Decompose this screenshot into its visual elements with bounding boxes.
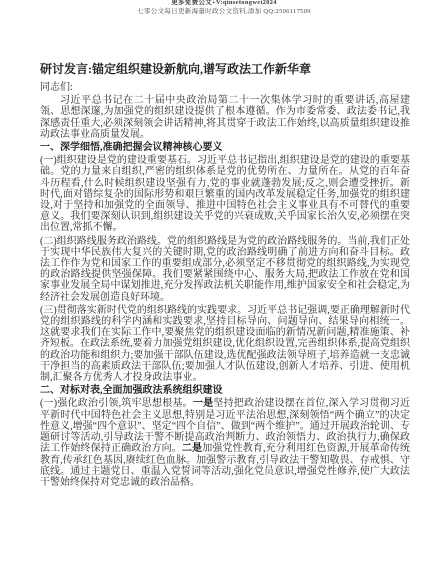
bold-lead-in: 一是 <box>193 398 213 409</box>
section-heading: 二、对标对表,全面加强政法系统组织建设 <box>40 385 410 396</box>
paragraph: 习近平总书记在二十届中央政治局第二十一次集体学习时的重要讲话,高屋建瓴、思想深邃… <box>40 95 410 140</box>
promo-header: 更多免费公文+V:qinsetongwei2024 七零公文每日更新海量时政公文… <box>0 0 448 16</box>
text-run: (二)组织路线服务政治路线。党的组织路线是为党的政治路线服务的。当前,我们正处于… <box>40 236 410 303</box>
document-content: 研讨发言:锚定组织建设新航向,谱写政法工作新华章 同志们:习近平总书记在二十届中… <box>40 62 410 488</box>
document-page: 更多免费公文+V:qinsetongwei2024 七零公文每日更新海量时政公文… <box>0 0 448 580</box>
text-run: 二、对标对表,全面加强政法系统组织建设 <box>40 385 223 396</box>
paragraph: (一)组织建设是党的建设重要基石。习近平总书记指出,组织建设是党的建设的重要基础… <box>40 155 410 233</box>
section-heading: 一、深学细悟,准确把握会议精神核心要义 <box>40 142 410 153</box>
salutation: 同志们: <box>40 82 410 93</box>
text-run: 同志们: <box>40 82 73 93</box>
bold-lead-in: 二是 <box>182 443 202 454</box>
text-run: (一)强化政治引领,筑牢思想根基。 <box>40 398 193 409</box>
promo-line-2: 七零公文每日更新海量时政公文资料,添加 QQ:2506117509 <box>0 8 448 16</box>
text-run: 习近平总书记在二十届中央政治局第二十一次集体学习时的重要讲话,高屋建瓴、思想深邃… <box>40 95 410 140</box>
promo-line-1: 更多免费公文+V:qinsetongwei2024 <box>0 0 448 7</box>
text-run: (三)贯彻落实新时代党的组织路线的实践要求。习近平总书记强调,要正确理解新时代党… <box>40 305 410 383</box>
document-title: 研讨发言:锚定组织建设新航向,谱写政法工作新华章 <box>40 62 410 76</box>
document-body: 同志们:习近平总书记在二十届中央政治局第二十一次集体学习时的重要讲话,高屋建瓴、… <box>40 82 410 488</box>
text-run: (一)组织建设是党的建设重要基石。习近平总书记指出,组织建设是党的建设的重要基础… <box>40 155 410 233</box>
paragraph: (一)强化政治引领,筑牢思想根基。一是坚持把政治建设摆在首位,深入学习贯彻习近平… <box>40 398 410 488</box>
paragraph: (二)组织路线服务政治路线。党的组织路线是为党的政治路线服务的。当前,我们正处于… <box>40 236 410 303</box>
paragraph: (三)贯彻落实新时代党的组织路线的实践要求。习近平总书记强调,要正确理解新时代党… <box>40 305 410 383</box>
text-run: 一、深学细悟,准确把握会议精神核心要义 <box>40 142 223 153</box>
